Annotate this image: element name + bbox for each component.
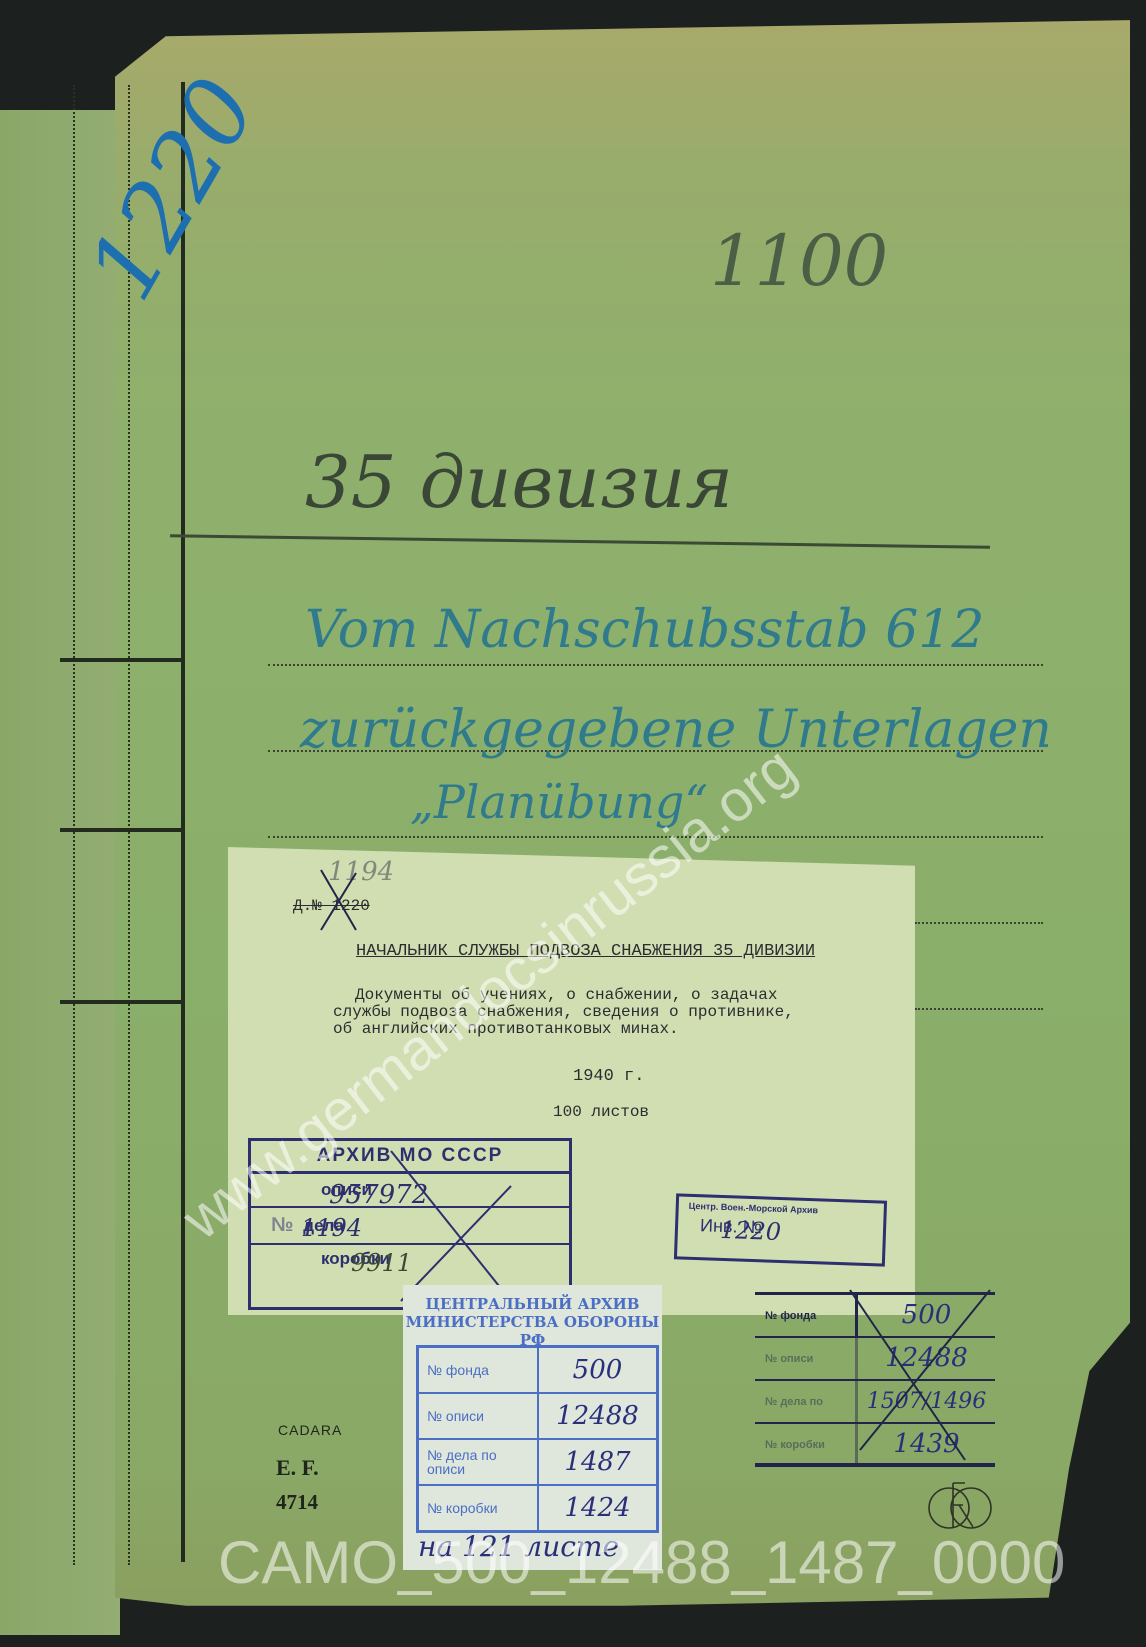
back-flap [0, 110, 120, 1635]
cross-out-mark-icon [316, 865, 361, 935]
stamp-prefix: № [271, 1214, 293, 1237]
label-year: 1940 г. [573, 1067, 644, 1086]
code-ef: E. F. [276, 1455, 319, 1481]
dotted-line-4 [915, 922, 1043, 924]
stamp-inventory-value: 1220 [719, 1216, 781, 1246]
card-value: 500 [539, 1355, 656, 1385]
table-label: № дела по [755, 1381, 858, 1422]
code-4714: 4714 [276, 1490, 318, 1515]
card-label: № дела по описи [419, 1440, 539, 1484]
dotted-line-5 [915, 1008, 1043, 1010]
table-row: № описи12488 [419, 1394, 656, 1440]
table-label: № описи [755, 1338, 858, 1379]
cross-out-mark-icon [381, 1141, 521, 1307]
handwritten-german-line-2: zurückgegebene Unterlagen [300, 700, 1052, 760]
dotted-vertical-rule-1 [73, 85, 75, 1565]
handwritten-title: 35 дивизия [305, 440, 733, 524]
label-sheets: 100 листов [553, 1103, 649, 1121]
cross-out-mark-icon [845, 1285, 995, 1465]
horizontal-bar-1 [60, 658, 182, 662]
dotted-line-1 [268, 664, 1043, 666]
card-label: № коробки [419, 1486, 539, 1530]
card-label: № описи [419, 1394, 539, 1438]
stamp-value: 1194 [301, 1214, 362, 1242]
horizontal-bar-2 [60, 828, 182, 832]
table-label: № коробки [755, 1424, 858, 1465]
card-value: 1424 [539, 1493, 656, 1523]
table-row: № фонда500 [419, 1348, 656, 1394]
description-line: Документы об учениях, о снабжении, о зад… [333, 987, 794, 1004]
watermark-bottom: CAMO_500_12488_1487_0000 [218, 1528, 1065, 1597]
card-table: № фонда500 № описи12488 № дела по описи1… [416, 1345, 659, 1533]
dotted-vertical-rule-2 [128, 85, 130, 1565]
card-title-line-1: ЦЕНТРАЛЬНЫЙ АРХИВ [403, 1295, 662, 1313]
table-row: № коробки1424 [419, 1486, 656, 1530]
horizontal-bar-3 [60, 1000, 182, 1004]
handwritten-number-1100: 1100 [710, 220, 888, 302]
card-title-line-2: МИНИСТЕРСТВА ОБОРОНЫ РФ [403, 1313, 662, 1349]
archive-table-struck: № фонда500 № описи12488 № дела по1507/14… [755, 1292, 995, 1466]
handwritten-german-line-1: Vom Nachschubsstab 612 [305, 600, 984, 660]
card-label: № фонда [419, 1348, 539, 1392]
brand-cadara: CADARA [278, 1422, 342, 1438]
table-row: № дела по описи1487 [419, 1440, 656, 1486]
card-value: 1487 [539, 1447, 656, 1477]
table-label: № фонда [755, 1295, 858, 1336]
solid-vertical-rule [181, 82, 185, 1562]
stamp-inventory: Центр. Воен.-Морской Архив Инв. № 1220 [674, 1193, 887, 1266]
card-value: 12488 [539, 1401, 656, 1431]
